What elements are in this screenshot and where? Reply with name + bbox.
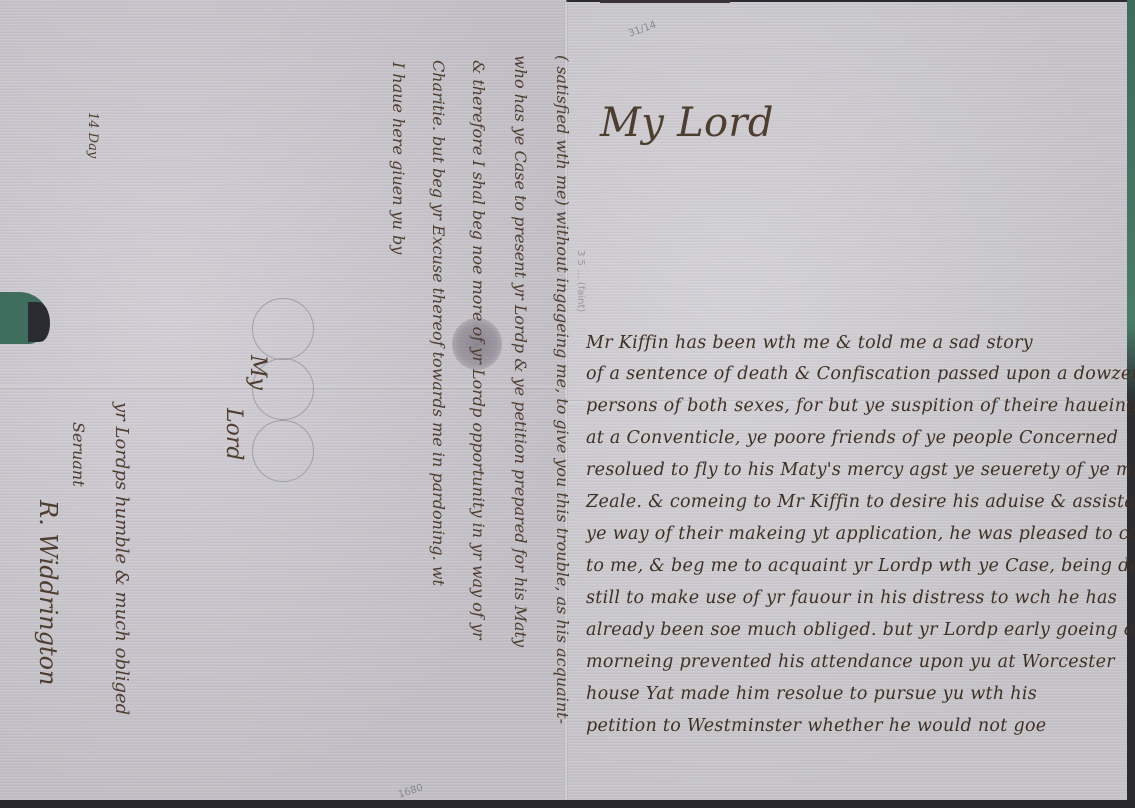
body-line-2: of a sentence of death & Confiscation pa… (586, 364, 1135, 384)
body-line-11: morneing prevented his attendance upon y… (586, 652, 1115, 672)
rotated-line-5: I haue here giuen yu by (389, 62, 408, 254)
rotated-line-4: Charitie. but beg yr Excuse thereof towa… (429, 60, 448, 586)
body-line-6: Zeale. & comeing to Mr Kiffin to desire … (586, 492, 1135, 512)
body-line-4: at a Conventicle, ye poore friends of ye… (586, 428, 1118, 448)
body-line-7: ye way of their makeing yt application, … (586, 524, 1135, 544)
top-edge-shadow (600, 0, 730, 3)
body-line-3: persons of both sexes, for but ye suspit… (586, 396, 1135, 416)
body-line-8: to me, & beg me to acquaint yr Lordp wth… (586, 556, 1135, 576)
margin-pencil-note: 3 5 ... (faint) (575, 250, 586, 312)
closing-line-2: Seruant (69, 422, 88, 487)
edge-tear-shadow (28, 302, 50, 342)
body-line-12: house Yat made him resolue to pursue yu … (586, 684, 1037, 704)
signature: R. Widdrington (34, 500, 62, 686)
body-line-10: already been soe much obliged. but yr Lo… (586, 620, 1135, 640)
bottom-shadow (0, 800, 1135, 808)
body-line-13: petition to Westminster whether he would… (586, 716, 1046, 736)
endorsement-lord: Lord (221, 408, 246, 460)
manuscript-scan: 31/14 My Lord 3 5 ... (faint) Mr Kiffin … (0, 0, 1135, 808)
salutation: My Lord (600, 100, 774, 146)
body-line-9: still to make use of yr fauour in his di… (586, 588, 1117, 608)
body-line-1: Mr Kiffin has been wth me & told me a sa… (586, 333, 1033, 353)
docket-note: 14 Day (85, 112, 100, 158)
rotated-line-3: & therefore I shal beg noe more of yr Lo… (469, 60, 488, 640)
seal-impression-bottom (252, 420, 314, 482)
endorsement-my: My (245, 355, 270, 390)
seal-impression-top (252, 298, 314, 360)
rotated-line-1: ( satisfied wth me) without ingageing me… (553, 55, 572, 724)
body-line-5: resolued to fly to his Maty's mercy agst… (586, 460, 1135, 480)
closing-line-1: yr Lordps humble & much obliged (111, 402, 132, 715)
rotated-line-2: who has ye Case to present yr Lordp & ye… (511, 55, 530, 647)
